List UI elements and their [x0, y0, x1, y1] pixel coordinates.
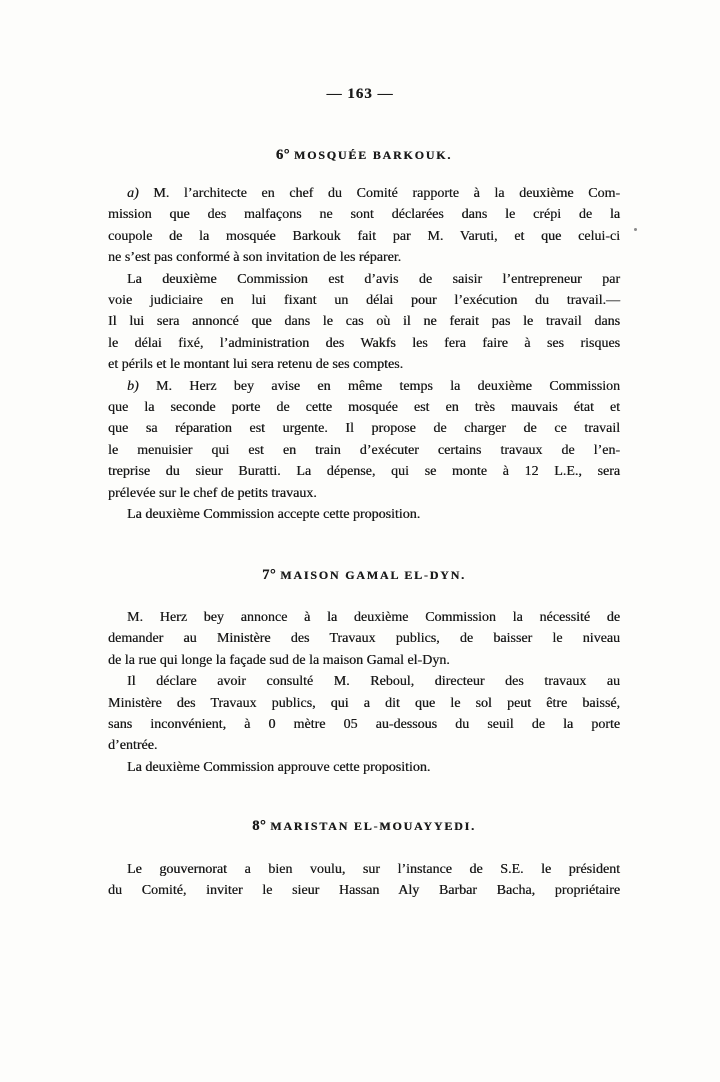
- text-line: Il lui sera annoncé que dans le cas où i…: [108, 311, 620, 332]
- text-line: que sa réparation est urgente. Il propos…: [108, 418, 620, 439]
- paragraph: La deuxième Commission accepte cette pro…: [108, 504, 620, 525]
- section-title: MOSQUÉE BARKOUK.: [294, 148, 452, 162]
- text-line: La deuxième Commission approuve cette pr…: [108, 757, 620, 778]
- section-7-body: M. Herz bey annonce à la deuxième Commis…: [108, 607, 620, 778]
- text-line: treprise du sieur Buratti. La dépense, q…: [108, 461, 620, 482]
- paragraph: Il déclare avoir consulté M. Reboul, dir…: [108, 671, 620, 757]
- section-title: MARISTAN EL-MOUAYYEDI.: [270, 819, 476, 833]
- text-run: que la seconde porte de cette mosquée es…: [108, 400, 620, 415]
- text-line: de la rue qui longe la façade sud de la …: [108, 650, 620, 671]
- text-line: et périls et le montant lui sera retenu …: [108, 354, 620, 375]
- scanned-book-page: — 163 — 6° MOSQUÉE BARKOUK. a) M. l’arch…: [0, 0, 720, 1082]
- text-line: voie judiciaire en lui fixant un délai p…: [108, 290, 620, 311]
- text-line: Ministère des Travaux publics, qui a dit…: [108, 693, 620, 714]
- text-run: le délai fixé, l’administration des Wakf…: [108, 336, 620, 351]
- text-line: b) M. Herz bey avise en même temps la de…: [108, 376, 620, 397]
- text-run: et périls et le montant lui sera retenu …: [108, 357, 403, 372]
- paragraph: Le gouvernorat a bien voulu, sur l’insta…: [108, 859, 620, 902]
- section-title: MAISON GAMAL EL-DYN.: [280, 568, 466, 582]
- text-line: mission que des malfaçons ne sont déclar…: [108, 204, 620, 225]
- text-line: sans inconvénient, à 0 mètre 05 au-desso…: [108, 714, 620, 735]
- text-line: M. Herz bey annonce à la deuxième Commis…: [108, 607, 620, 628]
- section-6-body: a) M. l’architecte en chef du Comité rap…: [108, 183, 620, 526]
- text-run: Ministère des Travaux publics, qui a dit…: [108, 696, 620, 711]
- text-run: le menuisier qui est en train d’exécuter…: [108, 443, 620, 458]
- paragraph: La deuxième Commission est d’avis de sai…: [108, 269, 620, 376]
- text-run: mission que des malfaçons ne sont déclar…: [108, 207, 620, 222]
- text-run: demander au Ministère des Travaux public…: [108, 631, 620, 646]
- text-run: de la rue qui longe la façade sud de la …: [108, 653, 450, 668]
- text-run: ne s’est pas conformé à son invitation d…: [108, 250, 401, 265]
- text-run: d’entrée.: [108, 738, 157, 753]
- text-line: Le gouvernorat a bien voulu, sur l’insta…: [108, 859, 620, 880]
- text-run: Il déclare avoir consulté M. Reboul, dir…: [127, 674, 620, 689]
- text-run: prélevée sur le chef de petits travaux.: [108, 486, 317, 501]
- section-number: 7°: [262, 567, 276, 583]
- text-line: Il déclare avoir consulté M. Reboul, dir…: [108, 671, 620, 692]
- section-8-body: Le gouvernorat a bien voulu, sur l’insta…: [108, 859, 620, 902]
- paragraph: a) M. l’architecte en chef du Comité rap…: [108, 183, 620, 269]
- italic-text: a): [127, 186, 139, 201]
- text-line: La deuxième Commission accepte cette pro…: [108, 504, 620, 525]
- text-run: La deuxième Commission est d’avis de sai…: [127, 272, 620, 287]
- scan-speck-artifact: [634, 228, 637, 231]
- italic-text: b): [127, 379, 139, 394]
- text-line: demander au Ministère des Travaux public…: [108, 628, 620, 649]
- text-line: prélevée sur le chef de petits travaux.: [108, 483, 620, 504]
- text-run: treprise du sieur Buratti. La dépense, q…: [108, 464, 620, 479]
- text-line: le menuisier qui est en train d’exécuter…: [108, 440, 620, 461]
- text-line: La deuxième Commission est d’avis de sai…: [108, 269, 620, 290]
- text-line: ne s’est pas conformé à son invitation d…: [108, 247, 620, 268]
- text-run: du Comité, inviter le sieur Hassan Aly B…: [108, 883, 620, 898]
- text-run: sans inconvénient, à 0 mètre 05 au-desso…: [108, 717, 620, 732]
- text-run: Il lui sera annoncé que dans le cas où i…: [108, 314, 620, 329]
- section-number: 6°: [276, 147, 290, 163]
- text-line: du Comité, inviter le sieur Hassan Aly B…: [108, 880, 620, 901]
- text-run: La deuxième Commission accepte cette pro…: [127, 507, 420, 522]
- text-run: Le gouvernorat a bien voulu, sur l’insta…: [127, 862, 620, 877]
- text-run: M. l’architecte en chef du Comité rappor…: [139, 186, 620, 201]
- page-number: — 163 —: [0, 86, 720, 103]
- text-run: M. Herz bey avise en même temps la deuxi…: [139, 379, 620, 394]
- text-line: que la seconde porte de cette mosquée es…: [108, 397, 620, 418]
- paragraph: b) M. Herz bey avise en même temps la de…: [108, 376, 620, 504]
- text-run: coupole de la mosquée Barkouk fait par M…: [108, 229, 620, 244]
- text-line: coupole de la mosquée Barkouk fait par M…: [108, 226, 620, 247]
- section-heading-7: 7° MAISON GAMAL EL-DYN.: [108, 566, 620, 584]
- section-heading-6: 6° MOSQUÉE BARKOUK.: [108, 146, 620, 164]
- text-run: voie judiciaire en lui fixant un délai p…: [108, 293, 620, 308]
- text-run: La deuxième Commission approuve cette pr…: [127, 760, 430, 775]
- text-run: M. Herz bey annonce à la deuxième Commis…: [127, 610, 620, 625]
- text-line: le délai fixé, l’administration des Wakf…: [108, 333, 620, 354]
- paragraph: La deuxième Commission approuve cette pr…: [108, 757, 620, 778]
- text-line: d’entrée.: [108, 735, 620, 756]
- paragraph: M. Herz bey annonce à la deuxième Commis…: [108, 607, 620, 671]
- text-run: que sa réparation est urgente. Il propos…: [108, 421, 620, 436]
- section-number: 8°: [252, 818, 266, 834]
- section-heading-8: 8° MARISTAN EL-MOUAYYEDI.: [108, 817, 620, 835]
- text-line: a) M. l’architecte en chef du Comité rap…: [108, 183, 620, 204]
